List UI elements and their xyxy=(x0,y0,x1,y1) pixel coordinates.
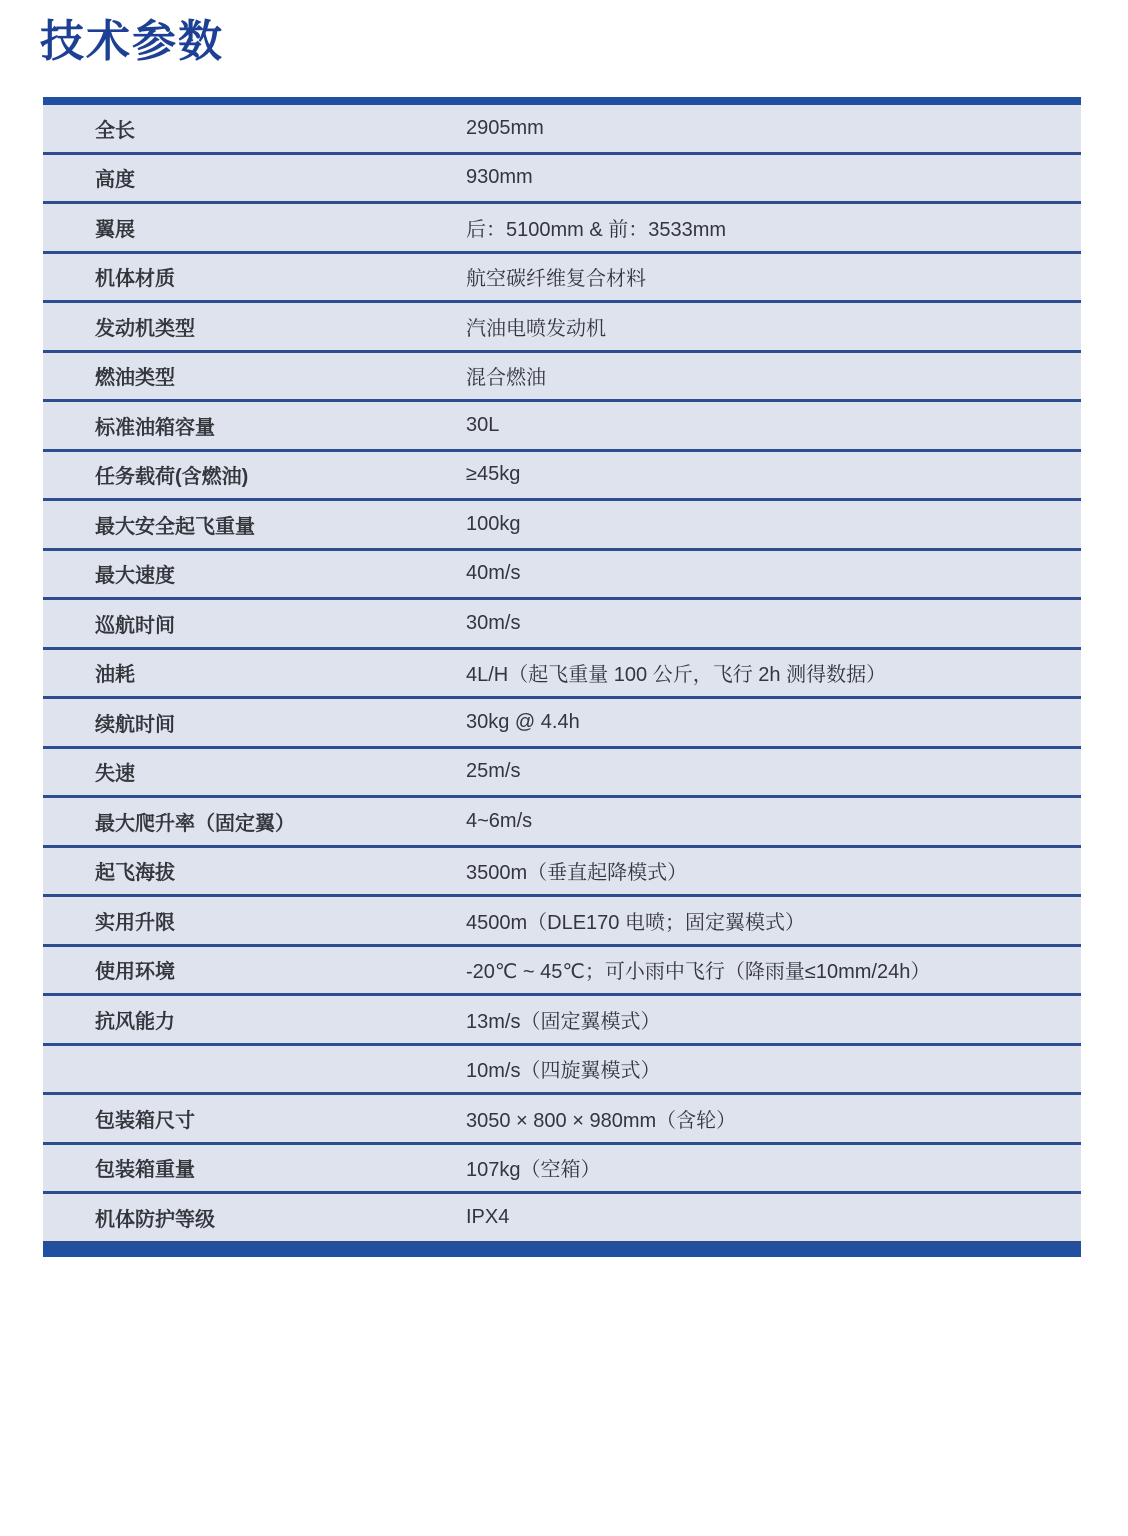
spec-value: 30L xyxy=(466,414,1081,437)
spec-value: 40m/s xyxy=(466,562,1081,585)
spec-value: 107kg（空箱） xyxy=(466,1153,1081,1182)
spec-label: 全长 xyxy=(43,114,466,143)
spec-value: 25m/s xyxy=(466,760,1081,783)
spec-value: 930mm xyxy=(466,166,1081,189)
spec-value: IPX4 xyxy=(466,1206,1081,1229)
table-row: 包装箱重量 107kg（空箱） xyxy=(43,1145,1081,1195)
spec-label: 实用升限 xyxy=(43,906,466,935)
spec-value: 3500m（垂直起降模式） xyxy=(466,856,1081,885)
page-title: 技术参数 xyxy=(40,16,224,69)
spec-sheet-page: 技术参数 全长 2905mm 高度 930mm 翼展 后：5100mm & 前：… xyxy=(0,0,1128,1536)
spec-value: 100kg xyxy=(466,513,1081,536)
table-row: 起飞海拔 3500m（垂直起降模式） xyxy=(43,848,1081,898)
spec-label: 标准油箱容量 xyxy=(43,411,466,440)
table-row: 失速 25m/s xyxy=(43,749,1081,799)
spec-label: 机体材质 xyxy=(43,262,466,291)
spec-label: 起飞海拔 xyxy=(43,856,466,885)
spec-label: 燃油类型 xyxy=(43,361,466,390)
spec-label: 续航时间 xyxy=(43,708,466,737)
spec-label: 包装箱重量 xyxy=(43,1153,466,1182)
spec-label: 机体防护等级 xyxy=(43,1203,466,1232)
table-row: 续航时间 30kg @ 4.4h xyxy=(43,699,1081,749)
spec-label: 最大安全起飞重量 xyxy=(43,510,466,539)
table-row: 使用环境 -20℃ ~ 45℃；可小雨中飞行（降雨量≤10mm/24h） xyxy=(43,947,1081,997)
spec-label: 包装箱尺寸 xyxy=(43,1104,466,1133)
spec-value: 4~6m/s xyxy=(466,810,1081,833)
table-row: 发动机类型 汽油电喷发动机 xyxy=(43,303,1081,353)
spec-table: 全长 2905mm 高度 930mm 翼展 后：5100mm & 前：3533m… xyxy=(43,97,1081,1257)
table-row: 实用升限 4500m（DLE170 电喷；固定翼模式） xyxy=(43,897,1081,947)
spec-value: 13m/s（固定翼模式） xyxy=(466,1005,1081,1034)
spec-label: 使用环境 xyxy=(43,955,466,984)
spec-value: 4L/H（起飞重量 100 公斤，飞行 2h 测得数据） xyxy=(466,658,1081,687)
spec-value: 航空碳纤维复合材料 xyxy=(466,262,1081,291)
spec-label: 巡航时间 xyxy=(43,609,466,638)
spec-label: 最大爬升率（固定翼） xyxy=(43,807,466,836)
spec-label: 油耗 xyxy=(43,658,466,687)
spec-value: 混合燃油 xyxy=(466,361,1081,390)
table-row: 高度 930mm xyxy=(43,155,1081,205)
spec-value: 4500m（DLE170 电喷；固定翼模式） xyxy=(466,906,1081,935)
spec-label: 失速 xyxy=(43,757,466,786)
table-row: 全长 2905mm xyxy=(43,105,1081,155)
table-top-bar xyxy=(43,97,1081,105)
table-row: 包装箱尺寸 3050 × 800 × 980mm（含轮） xyxy=(43,1095,1081,1145)
spec-label: 抗风能力 xyxy=(43,1005,466,1034)
spec-value: ≥45kg xyxy=(466,463,1081,486)
table-row: 翼展 后：5100mm & 前：3533mm xyxy=(43,204,1081,254)
table-row: 标准油箱容量 30L xyxy=(43,402,1081,452)
table-row: 巡航时间 30m/s xyxy=(43,600,1081,650)
spec-value: 汽油电喷发动机 xyxy=(466,312,1081,341)
spec-label: 翼展 xyxy=(43,213,466,242)
table-row: 燃油类型 混合燃油 xyxy=(43,353,1081,403)
spec-value: 10m/s（四旋翼模式） xyxy=(466,1054,1081,1083)
spec-value: 3050 × 800 × 980mm（含轮） xyxy=(466,1104,1081,1133)
table-row: 油耗 4L/H（起飞重量 100 公斤，飞行 2h 测得数据） xyxy=(43,650,1081,700)
spec-value: 后：5100mm & 前：3533mm xyxy=(466,213,1081,242)
table-row: 任务载荷(含燃油) ≥45kg xyxy=(43,452,1081,502)
table-row: 10m/s（四旋翼模式） xyxy=(43,1046,1081,1096)
spec-label: 发动机类型 xyxy=(43,312,466,341)
spec-label: 高度 xyxy=(43,163,466,192)
spec-value: -20℃ ~ 45℃；可小雨中飞行（降雨量≤10mm/24h） xyxy=(466,955,1081,984)
table-row: 机体防护等级 IPX4 xyxy=(43,1194,1081,1244)
table-row: 最大安全起飞重量 100kg xyxy=(43,501,1081,551)
table-row: 最大爬升率（固定翼） 4~6m/s xyxy=(43,798,1081,848)
table-row: 抗风能力 13m/s（固定翼模式） xyxy=(43,996,1081,1046)
table-row: 最大速度 40m/s xyxy=(43,551,1081,601)
spec-value: 2905mm xyxy=(466,117,1081,140)
table-row: 机体材质 航空碳纤维复合材料 xyxy=(43,254,1081,304)
table-bottom-bar xyxy=(43,1244,1081,1257)
spec-value: 30m/s xyxy=(466,612,1081,635)
spec-label: 最大速度 xyxy=(43,559,466,588)
spec-label: 任务载荷(含燃油) xyxy=(43,460,466,489)
spec-value: 30kg @ 4.4h xyxy=(466,711,1081,734)
